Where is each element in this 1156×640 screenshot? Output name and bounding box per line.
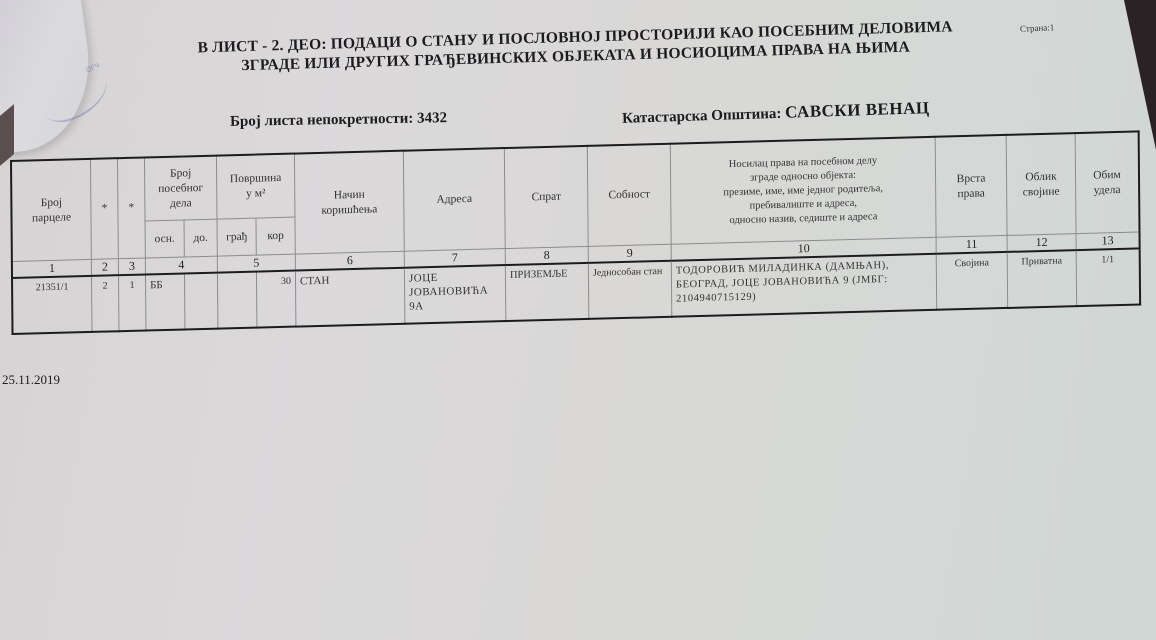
header-part-osn: осн. [145,220,184,258]
municipality-label: Катастарска Општина: [622,106,782,127]
column-number: 13 [1076,232,1140,250]
background-corner [1124,0,1156,150]
cell-holder: ТОДОРОВИЋ МИЛАДИНКА (ДАМЊАН), БЕОГРАД, Ј… [671,254,936,317]
header-star-1: * [90,158,118,259]
header-star-2: * [117,157,145,258]
header-area: Површина у м² [216,154,295,220]
header-text: у м² [217,186,294,203]
cell-floor: ПРИЗЕМЉЕ [505,263,588,321]
header-text: својине [1007,184,1075,201]
cell-part-osn: ББ [145,273,184,330]
cell-parcel-no: 21351/1 [12,276,92,334]
cell-part-do [184,273,217,330]
issue-date: 25.11.2019 [2,372,60,388]
cadastral-municipality: Катастарска Општина: САВСКИ ВЕНАЦ [622,98,930,128]
header-part-do: до. [184,219,217,257]
cell-usage: СТАН [295,268,404,327]
header-text: парцеле [12,209,90,226]
column-number: 3 [118,258,145,275]
cell-area-grad [217,272,256,329]
column-number: 1 [12,259,92,278]
cell-right-type: Својина [936,252,1007,310]
cell-area-kor: 30 [256,271,295,328]
header-usage: Начин коришћења [294,151,404,254]
header-text: дела [145,195,216,212]
cell-rooms: Једнособан стан [588,261,671,319]
property-table: Број парцеле * * Број посебног дела Повр… [10,130,1141,335]
column-number: 5 [217,254,295,273]
header-floor: Спрат [504,146,588,249]
cell-share: 1/1 [1076,248,1140,306]
header-ownership-form: Облик својине [1006,133,1076,235]
cell-ownership-form: Приватна [1007,250,1076,308]
municipality-value: САВСКИ ВЕНАЦ [785,98,930,122]
sheet-number-value: 3432 [417,110,447,127]
header-text: права [936,185,1006,202]
header-holder: Носилац права на посебном делу зграде од… [670,137,936,244]
header-parcel-no: Број парцеле [11,159,91,262]
document-title: В ЛИСТ - 2. ДЕО: ПОДАЦИ О СТАНУ И ПОСЛОВ… [140,16,1011,78]
property-table-wrapper: Број парцеле * * Број посебног дела Повр… [10,130,1141,335]
header-address: Адреса [403,148,505,251]
page-number: Страна:1 [1020,22,1055,34]
column-number: 11 [936,235,1007,253]
header-area-grad: грађ [217,218,256,256]
header-text: удела [1076,182,1138,199]
document-photo: ОГЧ Страна:1 В ЛИСТ - 2. ДЕО: ПОДАЦИ О С… [0,0,1156,640]
header-rooms: Собност [587,144,671,247]
page-shadow [0,104,14,166]
header-right-type: Врста права [935,135,1007,237]
column-number: 2 [91,259,118,276]
header-area-kor: кор [256,217,295,255]
column-number: 12 [1007,234,1076,252]
header-text: коришћења [295,201,403,219]
sheet-number-label: Број листа непокретности: [230,111,414,130]
sheet-number: Број листа непокретности: 3432 [230,110,447,131]
header-part-no: Број посебног дела [144,156,217,221]
column-number: 4 [145,256,217,274]
header-text: Обим [1076,167,1138,184]
cell-star-1: 2 [92,275,119,332]
header-share: Обим удела [1075,131,1139,233]
cell-star-2: 1 [118,274,145,331]
cell-address: ЈОЦЕ ЈОВАНОВИЋА 9А [404,265,505,324]
